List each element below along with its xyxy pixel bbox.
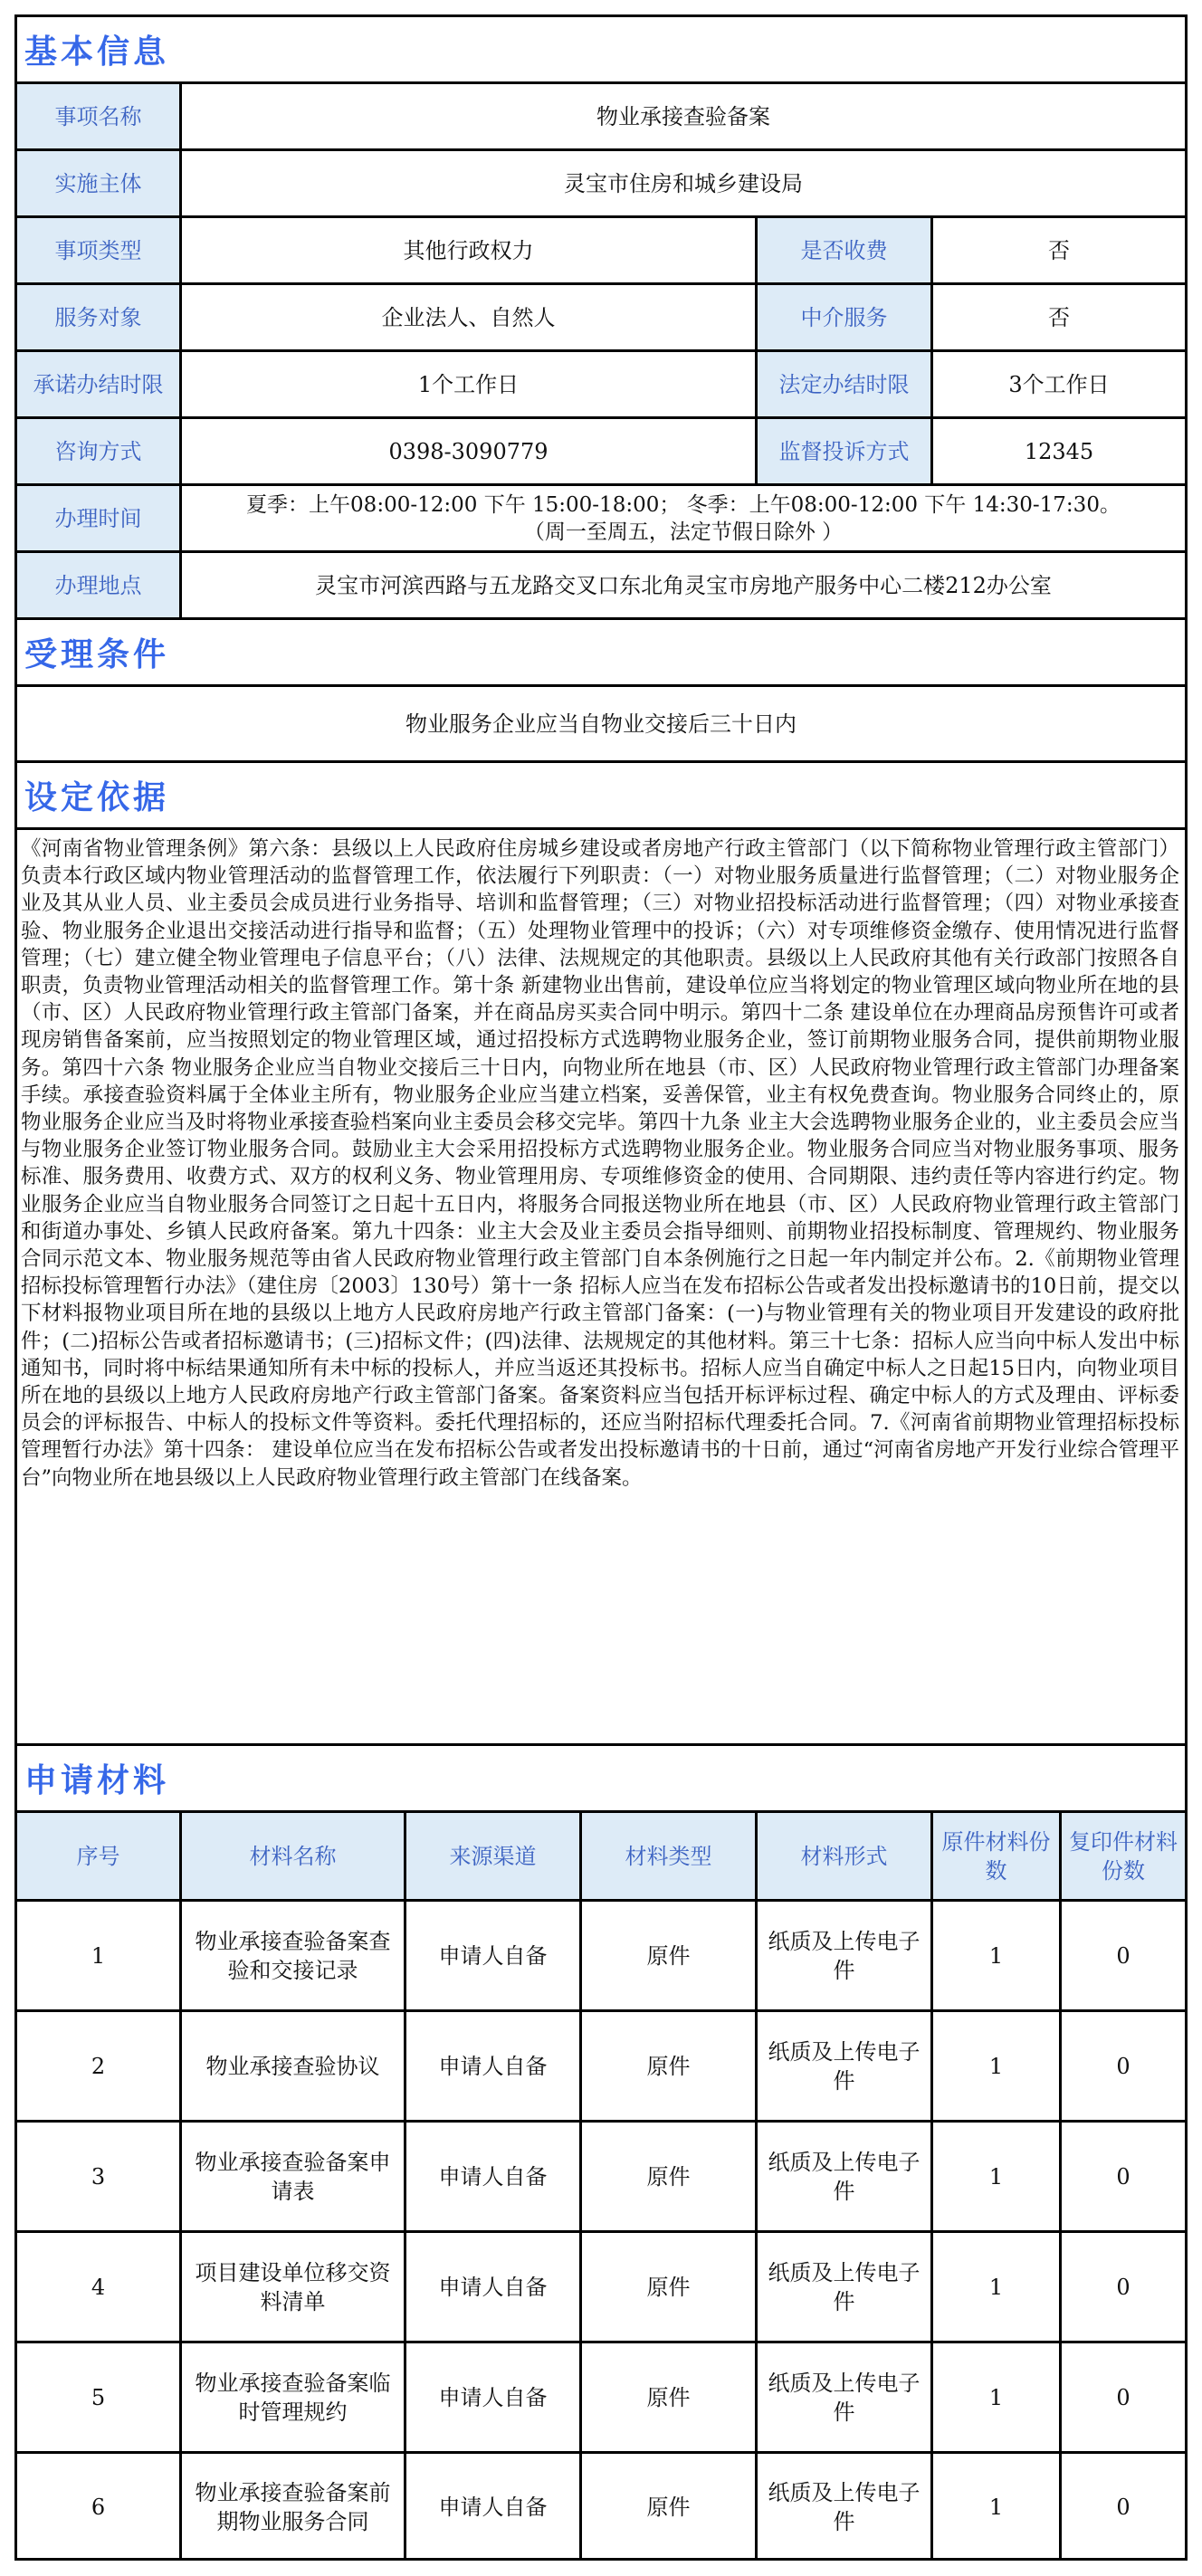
material-row-1-no: 1 — [17, 1902, 182, 2012]
material-row-4-original: 1 — [933, 2233, 1062, 2343]
value-location: 灵宝市河滨西路与五龙路交叉口东北角灵宝市房地产服务中心二楼212办公室 — [182, 553, 1185, 620]
value-legal-time: 3个工作日 — [933, 352, 1185, 419]
material-row-6-copies: 0 — [1062, 2454, 1185, 2561]
material-row-5-type: 原件 — [582, 2343, 758, 2454]
material-row-3-type: 原件 — [582, 2123, 758, 2233]
label-item-name: 事项名称 — [17, 84, 182, 151]
materials-header-name: 材料名称 — [182, 1813, 406, 1902]
section-title-legal-basis: 设定依据 — [17, 763, 1185, 830]
material-row-1-source: 申请人自备 — [406, 1902, 582, 2012]
material-row-1-original: 1 — [933, 1902, 1062, 2012]
office-hours-line2: （周一至周五，法定节假日除外 ） — [524, 519, 843, 546]
materials-header-form: 材料形式 — [758, 1813, 933, 1902]
material-row-1-name: 物业承接查验备案查验和交接记录 — [182, 1902, 406, 2012]
material-row-4-copies: 0 — [1062, 2233, 1185, 2343]
materials-header-copy-count: 复印件材料份数 — [1062, 1813, 1185, 1902]
value-consult-phone: 0398-3090779 — [182, 419, 758, 486]
material-row-3-form: 纸质及上传电子件 — [758, 2123, 933, 2233]
label-legal-time: 法定办结时限 — [758, 352, 933, 419]
label-service-target: 服务对象 — [17, 285, 182, 352]
material-row-4-no: 4 — [17, 2233, 182, 2343]
acceptance-condition-text: 物业服务企业应当自物业交接后三十日内 — [17, 687, 1185, 763]
material-row-6-source: 申请人自备 — [406, 2454, 582, 2561]
legal-basis-text: 《河南省物业管理条例》第六条：县级以上人民政府住房城乡建设或者房地产行政主管部门… — [17, 830, 1185, 1746]
material-row-5-no: 5 — [17, 2343, 182, 2454]
material-row-2-type: 原件 — [582, 2012, 758, 2123]
material-row-2-no: 2 — [17, 2012, 182, 2123]
label-consult: 咨询方式 — [17, 419, 182, 486]
material-row-3-no: 3 — [17, 2123, 182, 2233]
material-row-4-source: 申请人自备 — [406, 2233, 582, 2343]
section-title-materials: 申请材料 — [17, 1746, 1185, 1813]
materials-header-original-count: 原件材料份数 — [933, 1813, 1062, 1902]
material-row-5-original: 1 — [933, 2343, 1062, 2454]
value-office-hours: 夏季：上午08:00-12:00 下午 15:00-18:00； 冬季：上午08… — [182, 486, 1185, 553]
material-row-5-name: 物业承接查验备案临时管理规约 — [182, 2343, 406, 2454]
material-row-1-form: 纸质及上传电子件 — [758, 1902, 933, 2012]
material-row-2-form: 纸质及上传电子件 — [758, 2012, 933, 2123]
material-row-6-name: 物业承接查验备案前期物业服务合同 — [182, 2454, 406, 2561]
material-row-6-form: 纸质及上传电子件 — [758, 2454, 933, 2561]
material-row-5-copies: 0 — [1062, 2343, 1185, 2454]
label-office-hours: 办理时间 — [17, 486, 182, 553]
value-promised-time: 1个工作日 — [182, 352, 758, 419]
value-charge: 否 — [933, 218, 1185, 285]
material-row-1-copies: 0 — [1062, 1902, 1185, 2012]
material-row-3-copies: 0 — [1062, 2123, 1185, 2233]
label-charge: 是否收费 — [758, 218, 933, 285]
material-row-6-no: 6 — [17, 2454, 182, 2561]
value-complaint-phone: 12345 — [933, 419, 1185, 486]
value-service-target: 企业法人、自然人 — [182, 285, 758, 352]
label-complaint: 监督投诉方式 — [758, 419, 933, 486]
material-row-4-type: 原件 — [582, 2233, 758, 2343]
value-implementer: 灵宝市住房和城乡建设局 — [182, 151, 1185, 218]
label-intermediary: 中介服务 — [758, 285, 933, 352]
label-location: 办理地点 — [17, 553, 182, 620]
material-row-6-type: 原件 — [582, 2454, 758, 2561]
label-implementer: 实施主体 — [17, 151, 182, 218]
material-row-3-name: 物业承接查验备案申请表 — [182, 2123, 406, 2233]
material-row-4-form: 纸质及上传电子件 — [758, 2233, 933, 2343]
material-row-1-type: 原件 — [582, 1902, 758, 2012]
label-item-type: 事项类型 — [17, 218, 182, 285]
value-item-type: 其他行政权力 — [182, 218, 758, 285]
material-row-4-name: 项目建设单位移交资料清单 — [182, 2233, 406, 2343]
material-row-2-name: 物业承接查验协议 — [182, 2012, 406, 2123]
material-row-5-form: 纸质及上传电子件 — [758, 2343, 933, 2454]
material-row-2-original: 1 — [933, 2012, 1062, 2123]
material-row-3-original: 1 — [933, 2123, 1062, 2233]
material-row-3-source: 申请人自备 — [406, 2123, 582, 2233]
material-row-2-source: 申请人自备 — [406, 2012, 582, 2123]
section-title-basic-info: 基本信息 — [17, 17, 1185, 84]
materials-header-source: 来源渠道 — [406, 1813, 582, 1902]
material-row-6-original: 1 — [933, 2454, 1062, 2561]
service-guide-sheet: 基本信息 事项名称 物业承接查验备案 实施主体 灵宝市住房和城乡建设局 事项类型… — [14, 14, 1188, 2561]
material-row-2-copies: 0 — [1062, 2012, 1185, 2123]
section-title-acceptance: 受理条件 — [17, 620, 1185, 687]
office-hours-line1: 夏季：上午08:00-12:00 下午 15:00-18:00； 冬季：上午08… — [246, 491, 1121, 519]
value-item-name: 物业承接查验备案 — [182, 84, 1185, 151]
label-promised-time: 承诺办结时限 — [17, 352, 182, 419]
value-intermediary: 否 — [933, 285, 1185, 352]
material-row-5-source: 申请人自备 — [406, 2343, 582, 2454]
materials-header-no: 序号 — [17, 1813, 182, 1902]
materials-header-type: 材料类型 — [582, 1813, 758, 1902]
